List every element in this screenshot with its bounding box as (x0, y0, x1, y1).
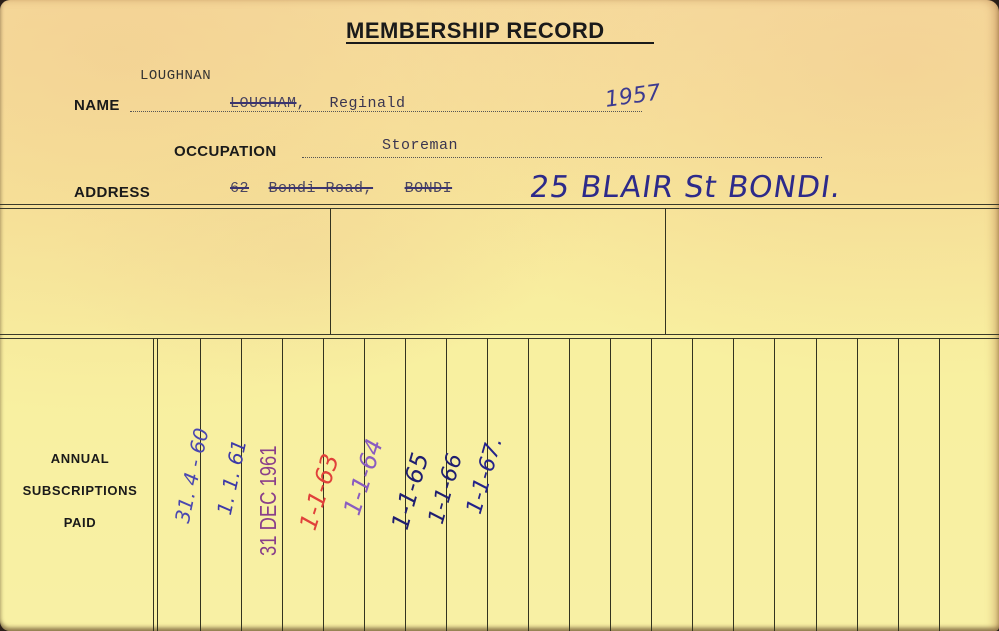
occupation-dotted-line (302, 157, 822, 158)
mid-divider-2 (665, 208, 666, 334)
address-label: ADDRESS (74, 184, 150, 201)
name-label: NAME (74, 97, 120, 114)
grid-line-11 (610, 338, 611, 631)
address-struck: 62 Bondi Road, BONDI (230, 180, 452, 197)
year-joined: 1957 (604, 80, 663, 113)
given-name: Reginald (330, 95, 406, 112)
rule-mid-a (0, 334, 999, 335)
name-separator: , (297, 95, 307, 112)
subscription-entry-1: 31. 4 - 60 (170, 426, 213, 525)
address-struck-suburb: BONDI (405, 180, 453, 197)
grid-line-16 (816, 338, 817, 631)
rule-top-b (0, 208, 999, 209)
title-underline (346, 42, 654, 44)
subscriptions-label: SUBSCRIPTIONS (0, 483, 160, 498)
grid-line-9 (528, 338, 529, 631)
rule-mid-b (0, 338, 999, 339)
grid-line-14 (733, 338, 734, 631)
subscription-entry-4: 1-1-63 (294, 450, 345, 533)
address-struck-number: 62 (230, 180, 249, 197)
rule-top-a (0, 204, 999, 205)
surname-correction: LOUGHNAN (140, 68, 211, 84)
annual-label: ANNUAL (0, 451, 160, 466)
subscription-entry-2: 1. 1. 61 (212, 437, 251, 517)
membership-record-card: MEMBERSHIP RECORD LOUGHNAN NAME LOUGHAM,… (0, 0, 999, 631)
card-title: MEMBERSHIP RECORD (346, 18, 605, 44)
address-struck-street: Bondi Road, (269, 180, 374, 197)
address-handwritten: 25 BLAIR St BONDI. (528, 170, 844, 205)
occupation-value: Storeman (382, 137, 458, 154)
grid-line-12 (651, 338, 652, 631)
grid-line-10 (569, 338, 570, 631)
name-value: LOUGHAM, Reginald (230, 95, 406, 112)
subscription-entry-5: 1-1-64 (338, 435, 389, 518)
grid-line-18 (898, 338, 899, 631)
mid-divider-1 (330, 208, 331, 334)
surname-struck: LOUGHAM (230, 95, 297, 112)
subscription-entry-8: 1-1-67. (462, 434, 508, 517)
paid-label: PAID (0, 515, 160, 530)
grid-line-13 (692, 338, 693, 631)
grid-line-3 (282, 338, 283, 631)
grid-line-17 (857, 338, 858, 631)
subscription-stamp-3: 31 DEC 1961 (255, 446, 282, 556)
grid-line-19 (939, 338, 940, 631)
grid-line-15 (774, 338, 775, 631)
occupation-label: OCCUPATION (174, 143, 277, 160)
